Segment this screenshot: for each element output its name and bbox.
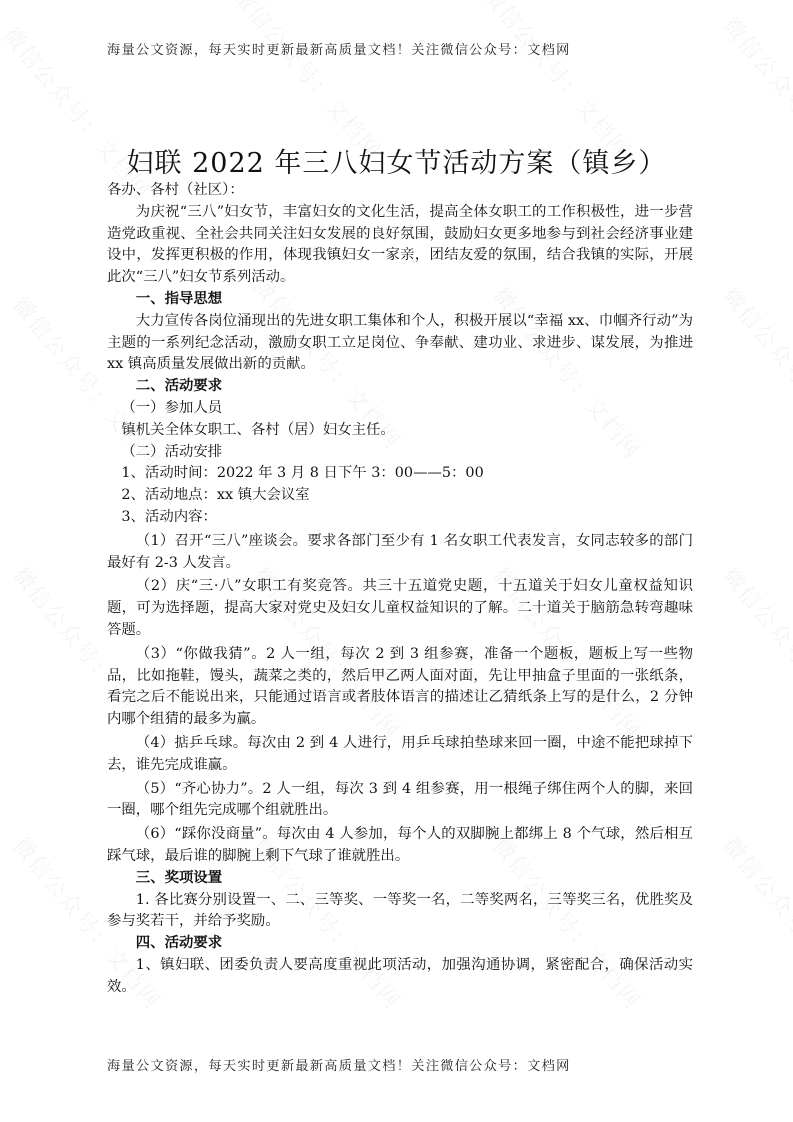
activity-content-label: 3、活动内容： <box>107 507 693 529</box>
arrangement-label: （二）活动安排 <box>107 442 693 464</box>
salutation: 各办、各村（社区）： <box>107 180 693 202</box>
document-title: 妇联 2022 年三八妇女节活动方案（镇乡） <box>0 141 793 180</box>
activity-item: （6）“踩你没商量”。每次由 4 人参加，每个人的双脚腕上都绑上 8 个气球，然… <box>107 824 693 868</box>
watermark: 微信公众号：文档网 <box>716 560 793 745</box>
activity-item: （4）掂乒乓球。每次由 2 到 4 人进行，用乒乓球拍垫球来回一圈，中途不能把球… <box>107 733 693 777</box>
activity-item: （2）庆“三·八”女职工有奖竞答。共三十五道党史题，十五道关于妇女儿童权益知识题… <box>107 576 693 641</box>
header-note: 海量公文资源，每天实时更新最新高质量文档！关注微信公众号：文档网 <box>107 39 571 58</box>
activity-requirements-paragraph: 1、镇妇联、团委负责人要高度重视此项活动，加强沟通协调，紧密配合，确保活动实效。 <box>107 955 693 999</box>
participants-body: 镇机关全体女职工、各村（居）妇女主任。 <box>107 420 693 442</box>
document-body: 各办、各村（社区）： 为庆祝“三八”妇女节，丰富妇女的文化生活，提高全体女职工的… <box>107 180 693 998</box>
activity-place: 2、活动地点：xx 镇大会议室 <box>107 485 693 507</box>
activity-time: 1、活动时间：2022 年 3 月 8 日下午 3：00——5：00 <box>107 463 693 485</box>
participants-label: （一）参加人员 <box>107 398 693 420</box>
section-heading-guiding: 一、指导思想 <box>107 289 693 311</box>
guiding-paragraph: 大力宣传各岗位涌现出的先进女职工集体和个人，积极开展以“幸福 xx、巾帼齐行动”… <box>107 311 693 376</box>
activity-item: （3）“你做我猜”。2 人一组，每次 2 到 3 组参赛，准备一个题板，题板上写… <box>107 644 693 731</box>
intro-paragraph: 为庆祝“三八”妇女节，丰富妇女的文化生活，提高全体女职工的工作积极性，进一步营造… <box>107 202 693 289</box>
activity-item: （5）“齐心协力”。2 人一组，每次 3 到 4 组参赛，用一根绳子绑住两个人的… <box>107 779 693 823</box>
footer-note: 海量公文资源，每天实时更新最新高质量文档！关注微信公众号：文档网 <box>107 1055 571 1074</box>
section-heading-activity-requirements: 四、活动要求 <box>107 933 693 955</box>
awards-paragraph: 1. 各比赛分别设置一、二、三等奖、一等奖一名，二等奖两名，三等奖三名，优胜奖及… <box>107 890 693 934</box>
activity-item: （1）召开“三八”座谈会。要求各部门至少有 1 名女职工代表发言，女同志较多的部… <box>107 531 693 575</box>
watermark: 微信公众号：文档网 <box>716 830 793 1015</box>
section-heading-awards: 三、奖项设置 <box>107 868 693 890</box>
section-heading-requirements: 二、活动要求 <box>107 376 693 398</box>
watermark: 微信公众号：文档网 <box>716 280 793 465</box>
